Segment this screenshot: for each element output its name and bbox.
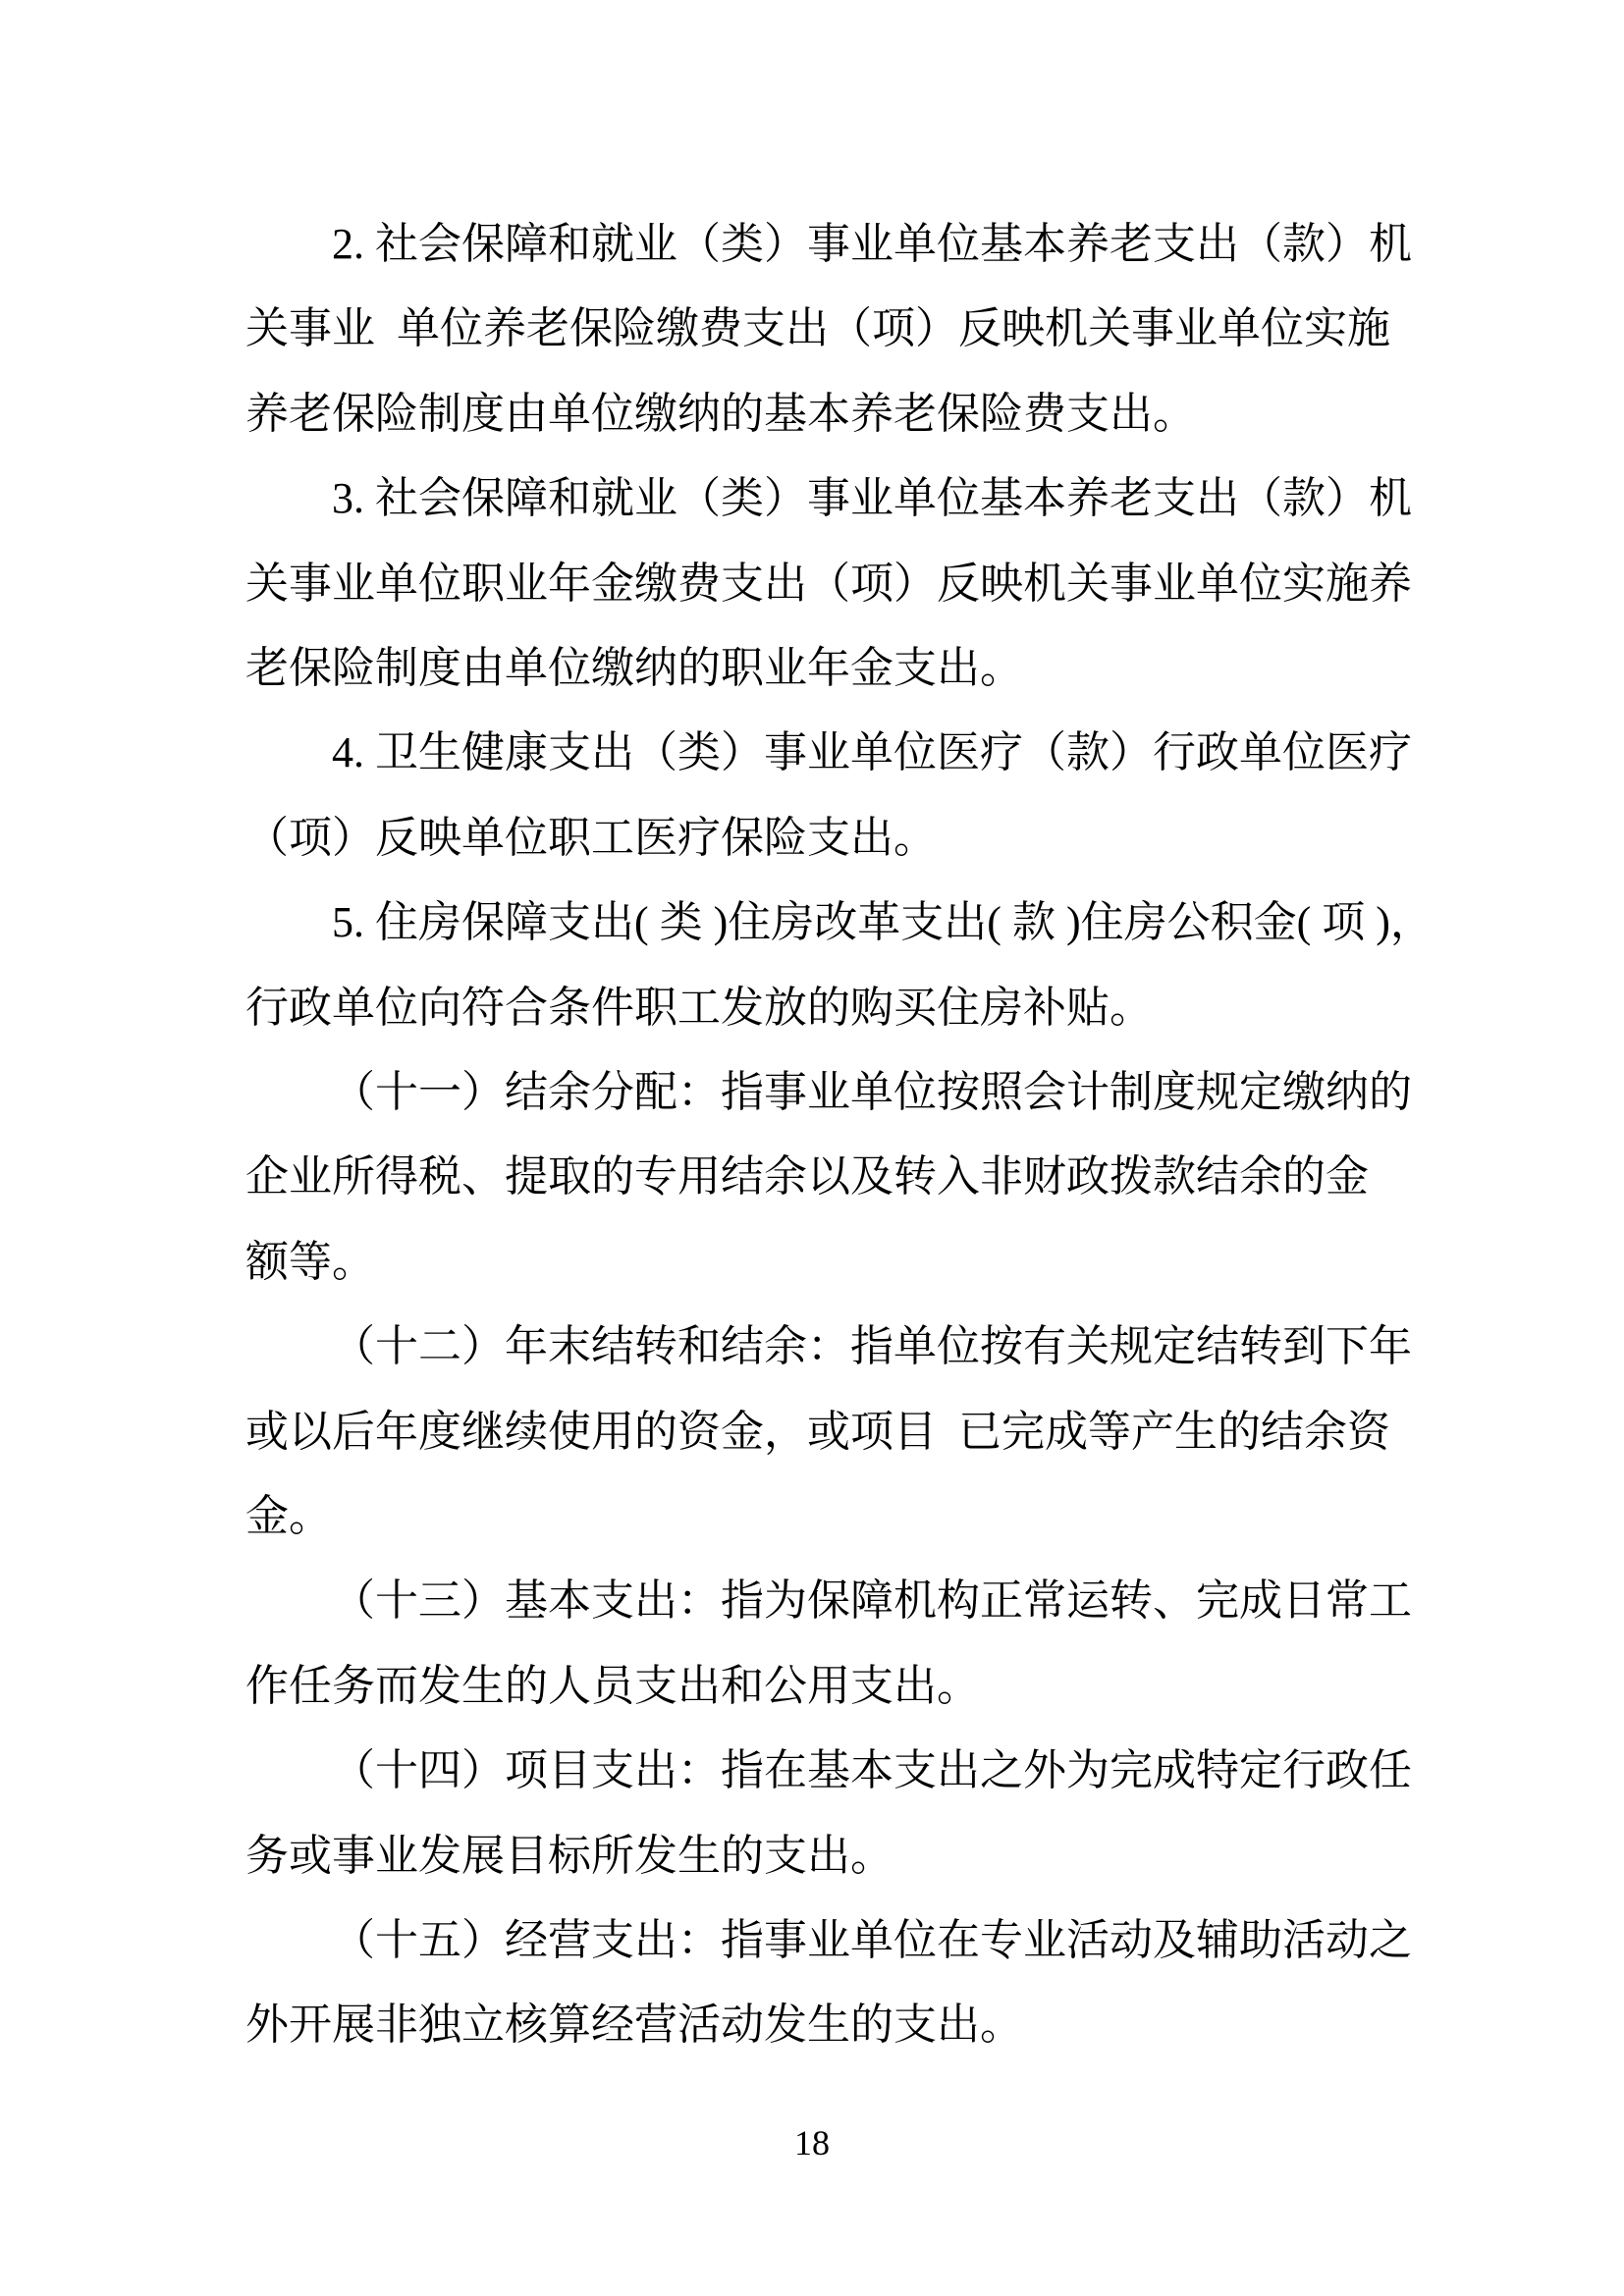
document-line: （十二）年末结转和结余：指单位按有关规定结转到下年 bbox=[332, 1325, 1412, 1380]
document-line: 5. 住房保障支出( 类 )住房改革支出( 款 )住房公积金( 项 )， bbox=[332, 901, 1434, 956]
document-line: （十五）经营支出：指事业单位在专业活动及辅助活动之 bbox=[332, 1919, 1412, 1974]
document-page: 2. 社会保障和就业（类）事业单位基本养老支出（款）机关事业 单位养老保险缴费支… bbox=[0, 0, 1624, 2296]
document-line: （十一）结余分配：指事业单位按照会计制度规定缴纳的 bbox=[332, 1071, 1412, 1126]
document-line: 关事业单位职业年金缴费支出（项）反映机关事业单位实施养 bbox=[245, 562, 1412, 617]
document-line: （项）反映单位职工医疗保险支出。 bbox=[245, 817, 937, 872]
document-line: 养老保险制度由单位缴纳的基本养老保险费支出。 bbox=[245, 393, 1196, 448]
document-line: 额等。 bbox=[245, 1241, 375, 1296]
page-number: 18 bbox=[0, 2122, 1624, 2163]
document-line: 或以后年度继续使用的资金，或项目 已完成等产生的结余资 bbox=[245, 1411, 1390, 1466]
document-line: 外开展非独立核算经营活动发生的支出。 bbox=[245, 2003, 1023, 2058]
document-line: 金。 bbox=[245, 1495, 332, 1550]
document-body: 2. 社会保障和就业（类）事业单位基本养老支出（款）机关事业 单位养老保险缴费支… bbox=[0, 0, 1624, 2296]
document-line: 3. 社会保障和就业（类）事业单位基本养老支出（款）机 bbox=[332, 477, 1412, 532]
document-line: 老保险制度由单位缴纳的职业年金支出。 bbox=[245, 647, 1023, 702]
document-line: 行政单位向符合条件职工发放的购买住房补贴。 bbox=[245, 987, 1153, 1041]
document-line: 关事业 单位养老保险缴费支出（项）反映机关事业单位实施 bbox=[245, 307, 1390, 362]
document-line: 2. 社会保障和就业（类）事业单位基本养老支出（款）机 bbox=[332, 223, 1412, 278]
document-line: 务或事业发展目标所发生的支出。 bbox=[245, 1835, 893, 1890]
document-line: （十三）基本支出：指为保障机构正常运转、完成日常工 bbox=[332, 1579, 1412, 1634]
document-line: （十四）项目支出：指在基本支出之外为完成特定行政任 bbox=[332, 1749, 1412, 1804]
document-line: 作任务而发生的人员支出和公用支出。 bbox=[245, 1665, 980, 1720]
document-line: 4. 卫生健康支出（类）事业单位医疗（款）行政单位医疗 bbox=[332, 731, 1412, 786]
document-line: 企业所得税、提取的专用结余以及转入非财政拨款结余的金 bbox=[245, 1155, 1369, 1210]
